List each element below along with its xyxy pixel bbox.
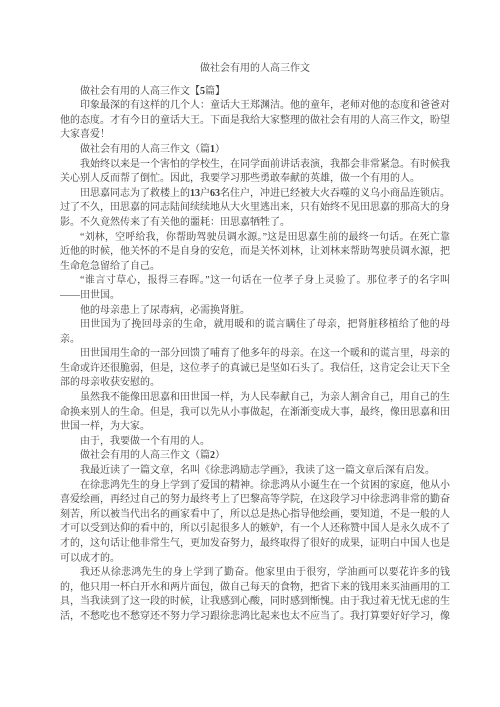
paragraph: 印象最深的有这样的几个人：童话大王郑渊洁。他的童年，老师对他的态度和爸爸对他的态… bbox=[60, 99, 450, 143]
paragraph: “刘林，空呼给我，你帮助驾驶员调水源。”这是田思嘉生前的最终一句话。在死亡靠近他… bbox=[60, 231, 450, 275]
paragraph: 田世国用生命的一部分回馈了哺育了他多年的母亲。在这一个暖和的谎言里，母亲的生命或… bbox=[60, 347, 450, 391]
paragraph: 我还从徐悲鸿先生的身上学到了勤奋。他家里由于很穷，学油画可以要花许多的钱的，他只… bbox=[60, 566, 450, 624]
paragraph: 做社会有用的人高三作文（篇2） bbox=[60, 449, 450, 464]
paragraph: 我始终以来是一个害怕的学校生，在同学面前讲话表演，我都会非常紧急。有时候我关心别… bbox=[60, 158, 450, 187]
paragraph: “谁言寸草心，报得三春晖。”这一句话在一位孝子身上灵验了。那位孝子的名字叫——田… bbox=[60, 274, 450, 303]
document-title: 做社会有用的人高三作文 bbox=[60, 62, 450, 77]
paragraph: 虽然我不能像田思嘉和田世国一样，为人民奉献自己，为亲人割舍自己，用自己的生命换来… bbox=[60, 391, 450, 435]
paragraph: 做社会有用的人高三作文（篇1） bbox=[60, 143, 450, 158]
essay-body: 做社会有用的人高三作文【5篇】印象最深的有这样的几个人：童话大王郑渊洁。他的童年… bbox=[60, 85, 450, 625]
paragraph: 我最近读了一篇文章，名叫《徐悲鸿励志学画》，我读了这一篇文章后深有启发。 bbox=[60, 464, 450, 479]
paragraph: 做社会有用的人高三作文【5篇】 bbox=[60, 85, 450, 100]
paragraph: 田思嘉同志为了救楼上的13户63名住户，冲进已经被大火吞噬的义乌小商品连锁店。过… bbox=[60, 187, 450, 231]
document-page: 做社会有用的人高三作文 做社会有用的人高三作文【5篇】印象最深的有这样的几个人：… bbox=[0, 0, 500, 707]
paragraph: 田世国为了挽回母亲的生命，就用暖和的谎言瞒住了母亲，把肾脏移植给了他的母亲。 bbox=[60, 318, 450, 347]
paragraph: 他的母亲患上了尿毒病，必需换肾脏。 bbox=[60, 304, 450, 319]
paragraph: 在徐悲鸿先生的身上学到了爱国的精神。徐悲鸿从小诞生在一个贫困的家庭，他从小喜爱绘… bbox=[60, 479, 450, 567]
paragraph: 由于，我要做一个有用的人。 bbox=[60, 435, 450, 450]
